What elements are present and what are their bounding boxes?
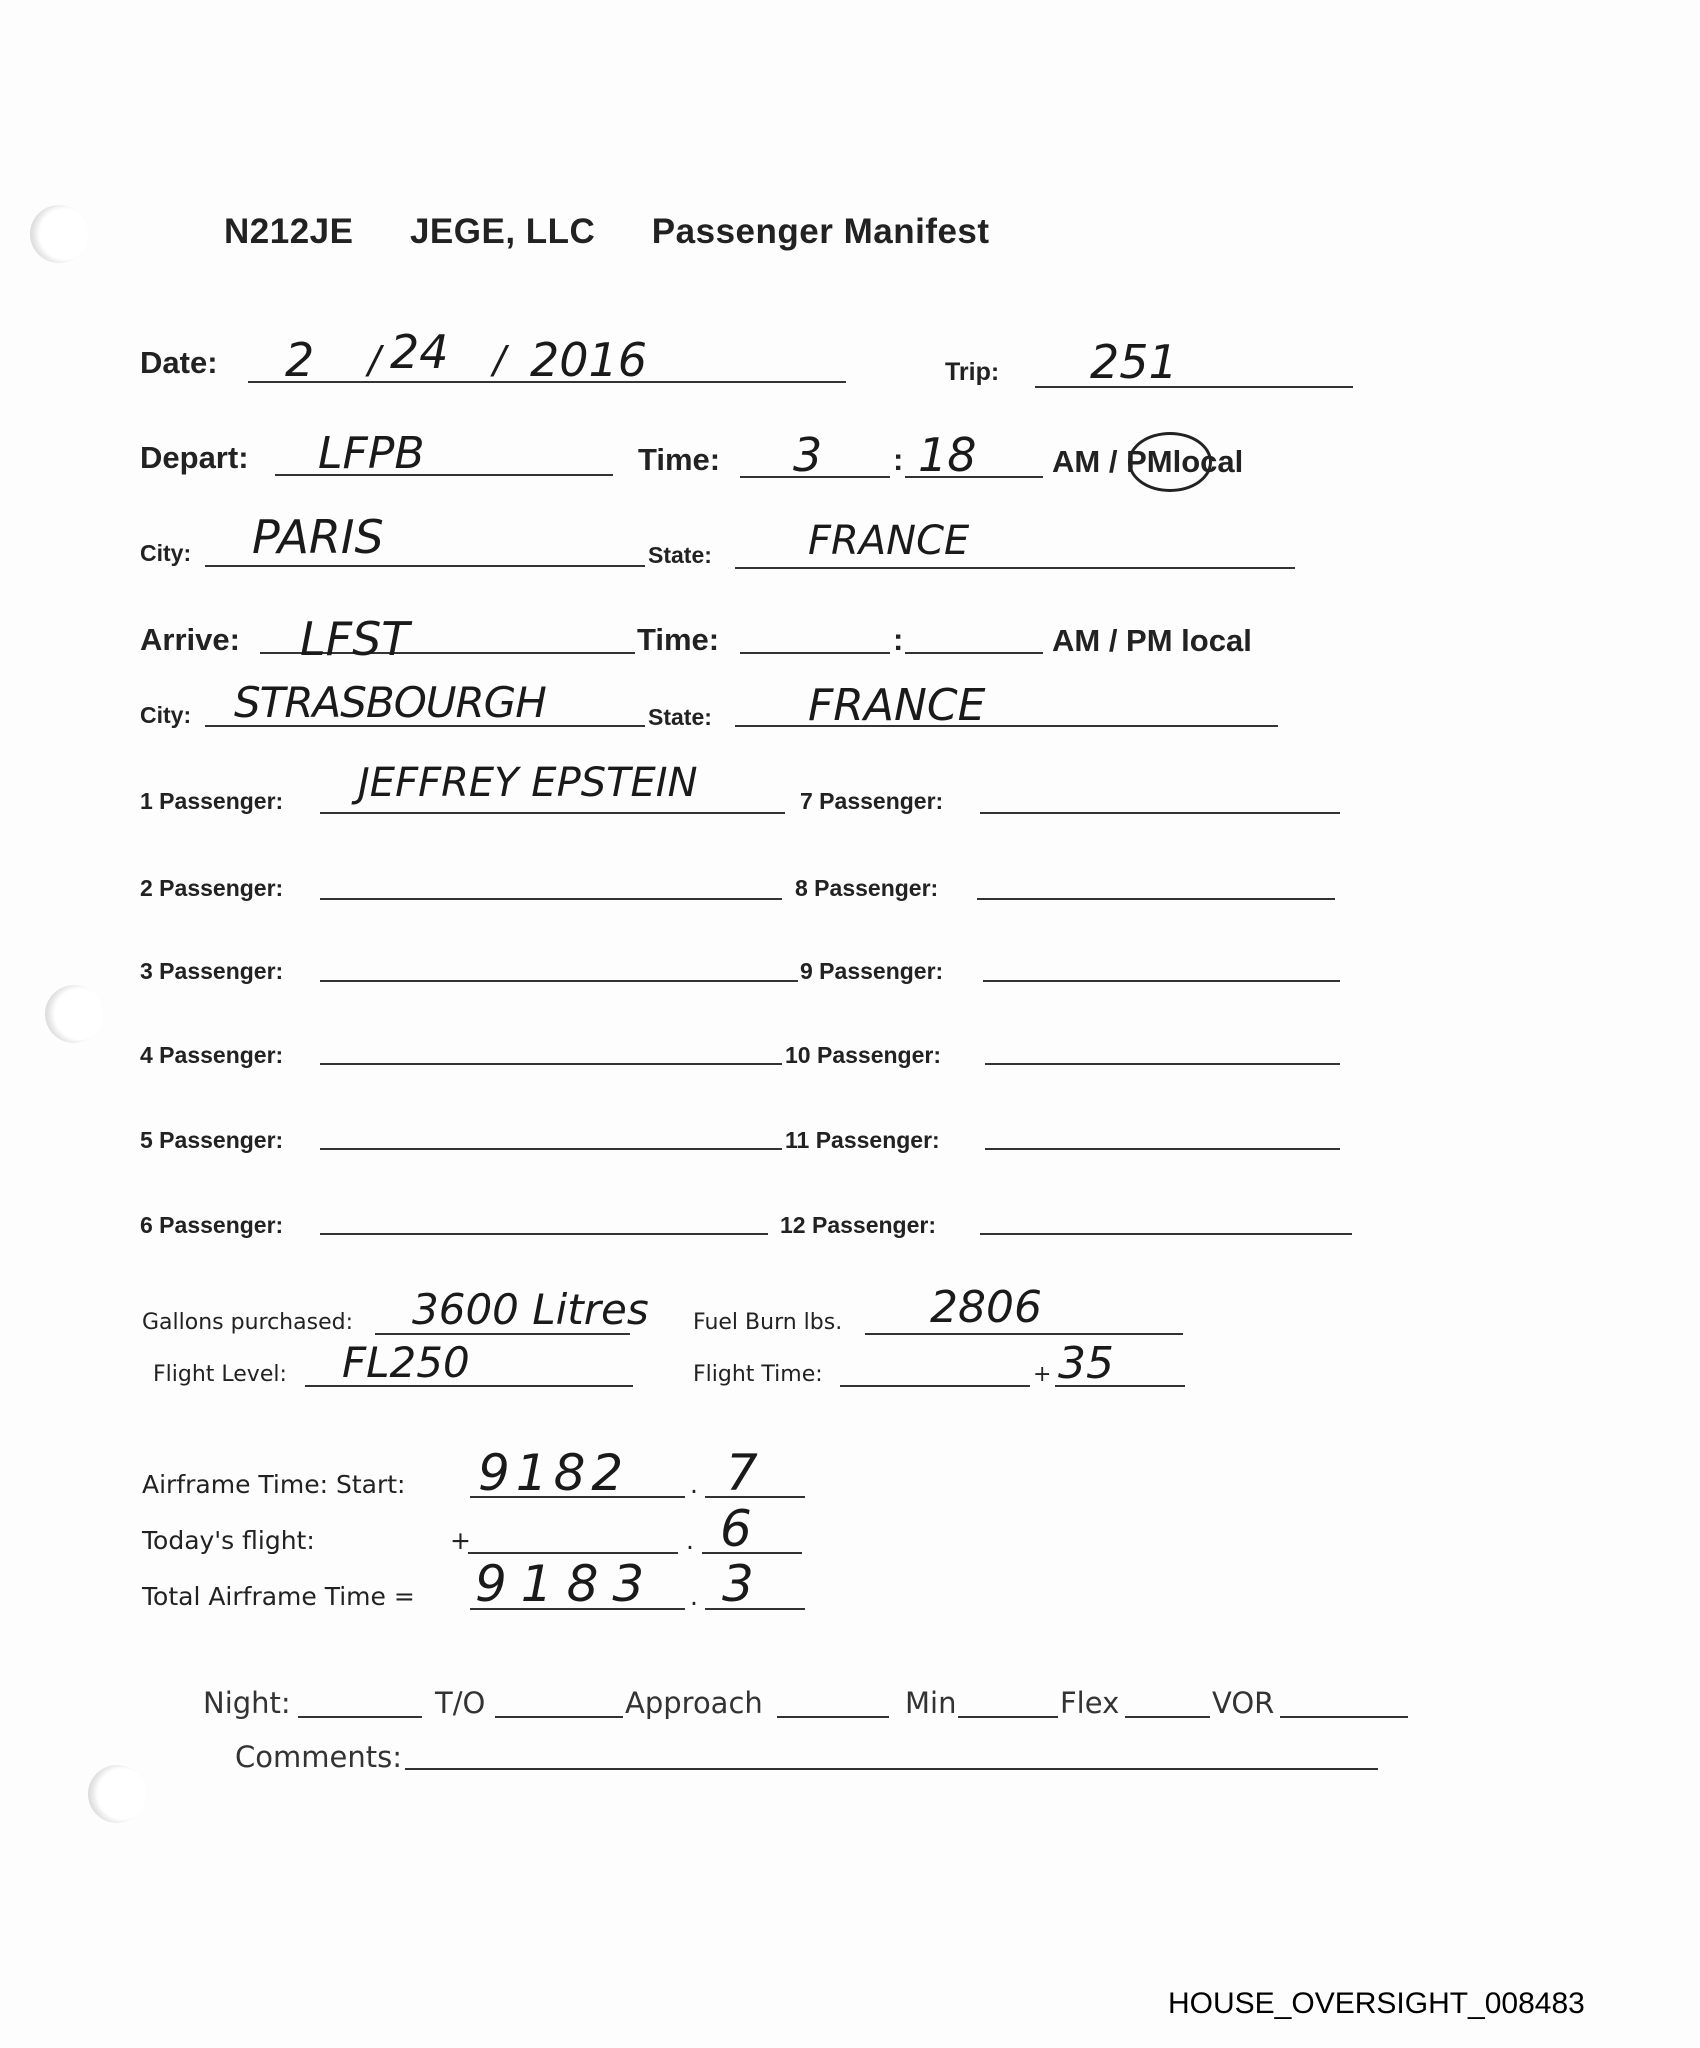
arrive-state[interactable]: FRANCE (808, 680, 985, 731)
passenger-3-line[interactable] (320, 980, 798, 982)
depart-hour[interactable]: 3 (793, 428, 822, 482)
min-label: Min (905, 1686, 956, 1720)
depart-airport[interactable]: LFPB (318, 428, 425, 479)
depart-label: Depart: (140, 440, 249, 476)
night-label: Night: (203, 1686, 291, 1720)
arrive-time-label: Time: (637, 622, 719, 658)
arrive-label: Arrive: (140, 622, 240, 658)
airframe-start-whole[interactable]: 9182 (478, 1444, 629, 1502)
flight-time-label: Flight Time: (693, 1362, 823, 1387)
flight-level-label: Flight Level: (153, 1362, 287, 1387)
header-title: N212JE JEGE, LLC Passenger Manifest (224, 212, 990, 252)
gallons-value[interactable]: 3600 Litres (412, 1285, 649, 1334)
passenger-8-line[interactable] (977, 898, 1335, 900)
company-name: JEGE, LLC (410, 212, 595, 251)
passenger-11-line[interactable] (985, 1148, 1340, 1150)
comments-label: Comments: (235, 1740, 402, 1774)
passenger-2-label: 2 Passenger: (140, 875, 283, 902)
passenger-5-label: 5 Passenger: (140, 1127, 283, 1154)
passenger-8-label: 8 Passenger: (795, 875, 938, 902)
arrive-city[interactable]: STRASBOURGH (234, 678, 546, 727)
passenger-4-line[interactable] (320, 1063, 782, 1065)
punch-hole-icon (45, 985, 103, 1043)
manifest-page: N212JE JEGE, LLC Passenger Manifest Date… (0, 0, 1700, 2048)
flex-line[interactable] (1125, 1716, 1210, 1718)
depart-city-label: City: (140, 540, 191, 567)
passenger-9-label: 9 Passenger: (800, 958, 943, 985)
passenger-6-label: 6 Passenger: (140, 1212, 283, 1239)
todays-flight-whole-line[interactable] (468, 1552, 678, 1554)
fuel-burn-value[interactable]: 2806 (930, 1282, 1042, 1333)
todays-flight-tenth-line (702, 1552, 802, 1554)
passenger-5-line[interactable] (320, 1148, 782, 1150)
approach-label: Approach (625, 1686, 763, 1720)
passenger-1-name[interactable]: JEFFREY EPSTEIN (358, 760, 698, 806)
total-airframe-tenth-line (705, 1608, 805, 1610)
passenger-2-line[interactable] (320, 898, 782, 900)
total-airframe-tenth[interactable]: 3 (722, 1555, 754, 1613)
date-separator: / (493, 338, 506, 382)
arrive-minute-line[interactable] (905, 652, 1043, 654)
passenger-9-line[interactable] (983, 980, 1340, 982)
approach-line[interactable] (777, 1716, 889, 1718)
date-month[interactable]: 2 (285, 333, 314, 387)
arrive-city-label: City: (140, 702, 191, 729)
night-line[interactable] (298, 1716, 422, 1718)
passenger-3-label: 3 Passenger: (140, 958, 283, 985)
trip-field-line (1035, 386, 1353, 388)
depart-state-label: State: (648, 542, 712, 569)
arrive-ampm-label[interactable]: AM / PM local (1052, 623, 1252, 659)
vor-line[interactable] (1280, 1716, 1408, 1718)
date-label: Date: (140, 345, 218, 381)
form-title: Passenger Manifest (652, 212, 990, 251)
date-separator: / (368, 338, 381, 382)
takeoff-label: T/O (435, 1686, 485, 1720)
arrive-airport[interactable]: LFST (300, 612, 409, 666)
depart-city-line (205, 565, 645, 567)
bates-stamp: HOUSE_OVERSIGHT_008483 (1168, 1987, 1585, 2021)
todays-flight-label: Today's flight: (142, 1526, 315, 1555)
depart-state[interactable]: FRANCE (808, 518, 969, 564)
flight-time-minutes[interactable]: 35 (1058, 1338, 1114, 1389)
trip-label: Trip: (945, 358, 999, 387)
flight-time-plus: + (1033, 1362, 1051, 1387)
flight-time-hours-line[interactable] (840, 1385, 1030, 1387)
passenger-10-label: 10 Passenger: (785, 1042, 941, 1069)
airframe-dot: . (690, 1470, 698, 1499)
arrive-hour-line[interactable] (740, 652, 890, 654)
arrive-time-colon: : (893, 622, 903, 658)
todays-flight-plus: + (450, 1526, 471, 1555)
trip-value[interactable]: 251 (1090, 335, 1178, 389)
todays-flight-tenth[interactable]: 6 (720, 1500, 752, 1558)
date-day[interactable]: 24 (390, 325, 449, 379)
passenger-1-label: 1 Passenger: (140, 788, 283, 815)
date-year[interactable]: 2016 (530, 333, 647, 387)
airframe-start-tenth[interactable]: 7 (726, 1444, 758, 1502)
passenger-12-label: 12 Passenger: (780, 1212, 936, 1239)
total-airframe-label: Total Airframe Time = (142, 1582, 415, 1611)
passenger-11-label: 11 Passenger: (785, 1127, 940, 1154)
depart-time-label: Time: (638, 442, 720, 478)
pm-selection-circle (1128, 432, 1212, 492)
depart-state-line (735, 567, 1295, 569)
passenger-7-label: 7 Passenger: (800, 788, 943, 815)
depart-time-colon: : (893, 442, 903, 478)
airframe-start-label: Airframe Time: Start: (142, 1470, 405, 1499)
passenger-6-line[interactable] (320, 1233, 768, 1235)
vor-label: VOR (1212, 1686, 1274, 1720)
passenger-12-line[interactable] (980, 1233, 1352, 1235)
passenger-1-line[interactable] (320, 812, 785, 814)
min-line[interactable] (958, 1716, 1058, 1718)
passenger-10-line[interactable] (985, 1063, 1340, 1065)
fuel-burn-line (865, 1333, 1183, 1335)
total-airframe-whole[interactable]: 9183 (475, 1555, 658, 1613)
depart-city[interactable]: PARIS (252, 510, 384, 564)
gallons-label: Gallons purchased: (142, 1310, 353, 1335)
passenger-4-label: 4 Passenger: (140, 1042, 283, 1069)
fuel-burn-label: Fuel Burn lbs. (693, 1310, 842, 1335)
ampm-slash: / (1109, 444, 1118, 479)
punch-hole-icon (88, 1765, 146, 1823)
flight-level-value[interactable]: FL250 (342, 1338, 470, 1387)
airframe-dot: . (686, 1526, 694, 1555)
flex-label: Flex (1060, 1686, 1119, 1720)
tail-number: N212JE (224, 212, 353, 251)
depart-minute[interactable]: 18 (918, 428, 977, 482)
passenger-7-line[interactable] (980, 812, 1340, 814)
am-option[interactable]: AM (1052, 444, 1100, 479)
takeoff-line[interactable] (495, 1716, 623, 1718)
punch-hole-icon (30, 205, 88, 263)
arrive-state-label: State: (648, 704, 712, 731)
comments-line[interactable] (405, 1768, 1378, 1770)
airframe-dot: . (690, 1582, 698, 1611)
